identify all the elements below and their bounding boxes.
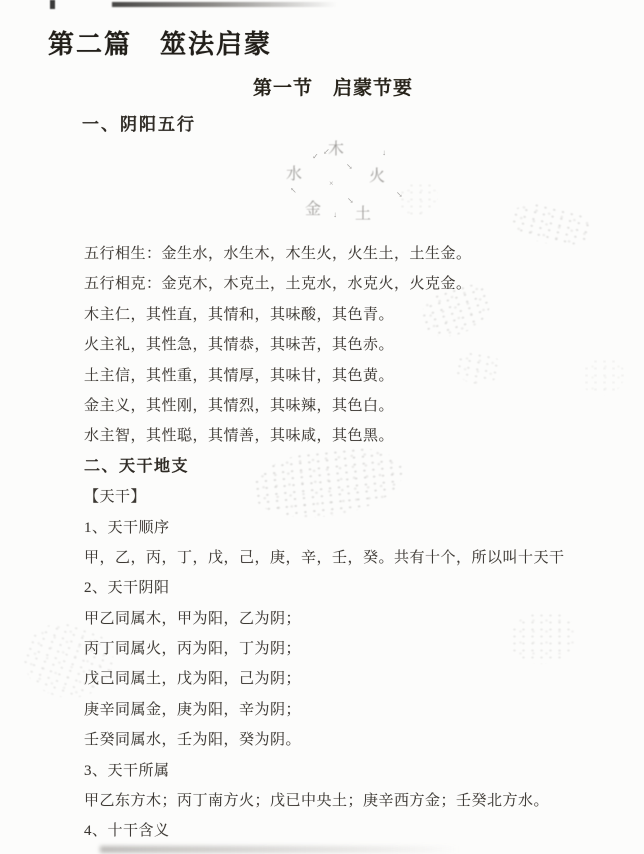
scan-artifact-top-bar bbox=[112, 2, 337, 7]
heading-tiangan-dizhi: 二、天干地支 bbox=[84, 452, 624, 482]
element-water-label: 水 bbox=[286, 167, 302, 183]
body-text: 五行相生：金生水，水生木，木生火，火生土，土生金。五行相克：金克木，木克土，土克… bbox=[84, 239, 624, 847]
tiangan-directions-line: 甲乙东方木；丙丁南方火；戊已中央土；庚辛西方金；壬癸北方水。 bbox=[84, 786, 624, 816]
wuji-earth-line: 戊己同属土，戊为阳，己为阴； bbox=[84, 664, 624, 694]
cycle-arrow-icon: ↓ bbox=[333, 211, 337, 219]
cycle-arrow-icon: ↘ bbox=[346, 163, 353, 171]
cycle-arrow-icon: ↓ bbox=[382, 149, 386, 157]
five-elements-diagram: 木 水 火 金 土 ↙ ✓ ↓ ↘ ↖ × ↘ ↓ ↘ bbox=[270, 135, 430, 240]
cycle-arrow-icon: ↖ bbox=[290, 187, 297, 195]
bingding-fire-line: 丙丁同属火，丙为阳，丁为阴； bbox=[84, 634, 624, 664]
element-wood-label: 木 bbox=[328, 142, 344, 158]
element-earth-label: 土 bbox=[355, 207, 371, 223]
tiangan-bracket-label: 【天干】 bbox=[84, 482, 624, 512]
cycle-arrow-icon: ↘ bbox=[347, 197, 354, 205]
element-metal-label: 金 bbox=[305, 202, 321, 218]
item-tiangan-yinyang: 2、天干阴阳 bbox=[84, 573, 624, 603]
scan-artifact-bottom-smear bbox=[100, 846, 460, 853]
item-tiangan-shunxu: 1、天干顺序 bbox=[84, 513, 624, 543]
item-shigan-hanyi: 4、十干含义 bbox=[84, 816, 624, 846]
wuxing-xiangke-line: 五行相克：金克木，木克土，土克水，水克火，火克金。 bbox=[84, 269, 624, 299]
heading-yinyang-wuxing: 一、阴阳五行 bbox=[82, 110, 196, 135]
rengui-water-line: 壬癸同属水，壬为阳，癸为阴。 bbox=[84, 725, 624, 755]
wuxing-xiangsheng-line: 五行相生：金生水，水生木，木生火，火生土，土生金。 bbox=[84, 239, 624, 269]
cycle-arrow-icon: ↘ bbox=[396, 191, 403, 199]
water-attributes-line: 水主智，其性聪，其情善，其味咸，其色黑。 bbox=[84, 421, 624, 451]
metal-attributes-line: 金主义，其性刚，其情烈，其味辣，其色白。 bbox=[84, 391, 624, 421]
scan-artifact-top-tick bbox=[50, 0, 55, 9]
scanned-book-page: 第二篇 筮法启蒙 第一节 启蒙节要 一、阴阳五行 木 水 火 金 土 ↙ ✓ ↓… bbox=[0, 0, 644, 854]
item-tiangan-suoshu: 3、天干所属 bbox=[84, 756, 624, 786]
earth-attributes-line: 土主信，其性重，其情厚，其味甘，其色黄。 bbox=[84, 361, 624, 391]
cycle-arrow-icon: × bbox=[329, 180, 334, 188]
tiangan-list-line: 甲，乙，丙，丁，戊，己，庚，辛，壬，癸。共有十个，所以叫十天干 bbox=[84, 543, 624, 573]
page-title: 第二篇 筮法启蒙 bbox=[48, 24, 272, 61]
cycle-arrow-icon: ↙ bbox=[323, 148, 330, 156]
section-title: 第一节 启蒙节要 bbox=[0, 73, 644, 100]
element-fire-label: 火 bbox=[369, 169, 385, 185]
wood-attributes-line: 木主仁，其性直，其情和，其味酸，其色青。 bbox=[84, 300, 624, 330]
gengxin-metal-line: 庚辛同属金，庚为阳，辛为阴； bbox=[84, 695, 624, 725]
jiayi-wood-line: 甲乙同属木，甲为阳，乙为阴； bbox=[84, 604, 624, 634]
fire-attributes-line: 火主礼，其性急，其情恭，其味苦，其色赤。 bbox=[84, 330, 624, 360]
cycle-arrow-icon: ✓ bbox=[312, 153, 319, 161]
